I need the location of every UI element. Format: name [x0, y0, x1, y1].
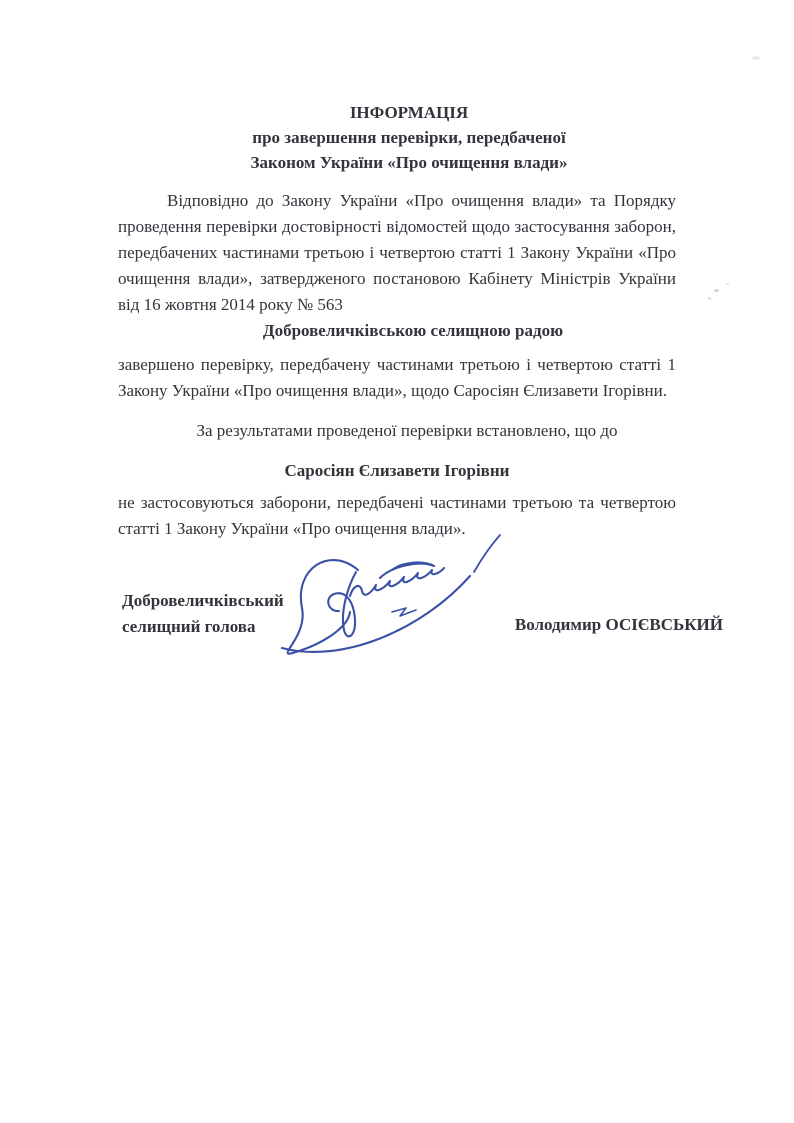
- scan-artifact: [726, 283, 729, 285]
- person-name: Саросіян Єлизавети Ігорівни: [118, 458, 676, 484]
- handwritten-signature: [252, 532, 502, 670]
- scanned-document-page: ІНФОРМАЦІЯ про завершення перевірки, пер…: [0, 0, 794, 1123]
- document-body: ІНФОРМАЦІЯ про завершення перевірки, пер…: [118, 100, 676, 542]
- paragraph-conclusion: не застосовуються заборони, передбачені …: [118, 490, 676, 542]
- signer-name: Володимир ОСІЄВСЬКИЙ: [515, 612, 723, 638]
- title-line-2: про завершення перевірки, передбаченої: [130, 125, 688, 150]
- scan-artifact: [708, 297, 711, 300]
- scan-artifact: [714, 289, 719, 292]
- title-line-3: Законом України «Про очищення влади»: [130, 150, 688, 175]
- result-intro-line: За результатами проведеної перевірки вст…: [128, 418, 686, 444]
- scan-artifact: [752, 56, 760, 60]
- signer-position: Добровеличківський селищний голова: [122, 588, 284, 640]
- paragraph-check-completed: завершено перевірку, передбачену частина…: [118, 352, 676, 404]
- organization-name: Добровеличківською селищною радою: [134, 318, 692, 344]
- title-line-1: ІНФОРМАЦІЯ: [130, 100, 688, 125]
- paragraph-legal-basis: Відповідно до Закону України «Про очищен…: [118, 188, 676, 318]
- document-title: ІНФОРМАЦІЯ про завершення перевірки, пер…: [130, 100, 688, 175]
